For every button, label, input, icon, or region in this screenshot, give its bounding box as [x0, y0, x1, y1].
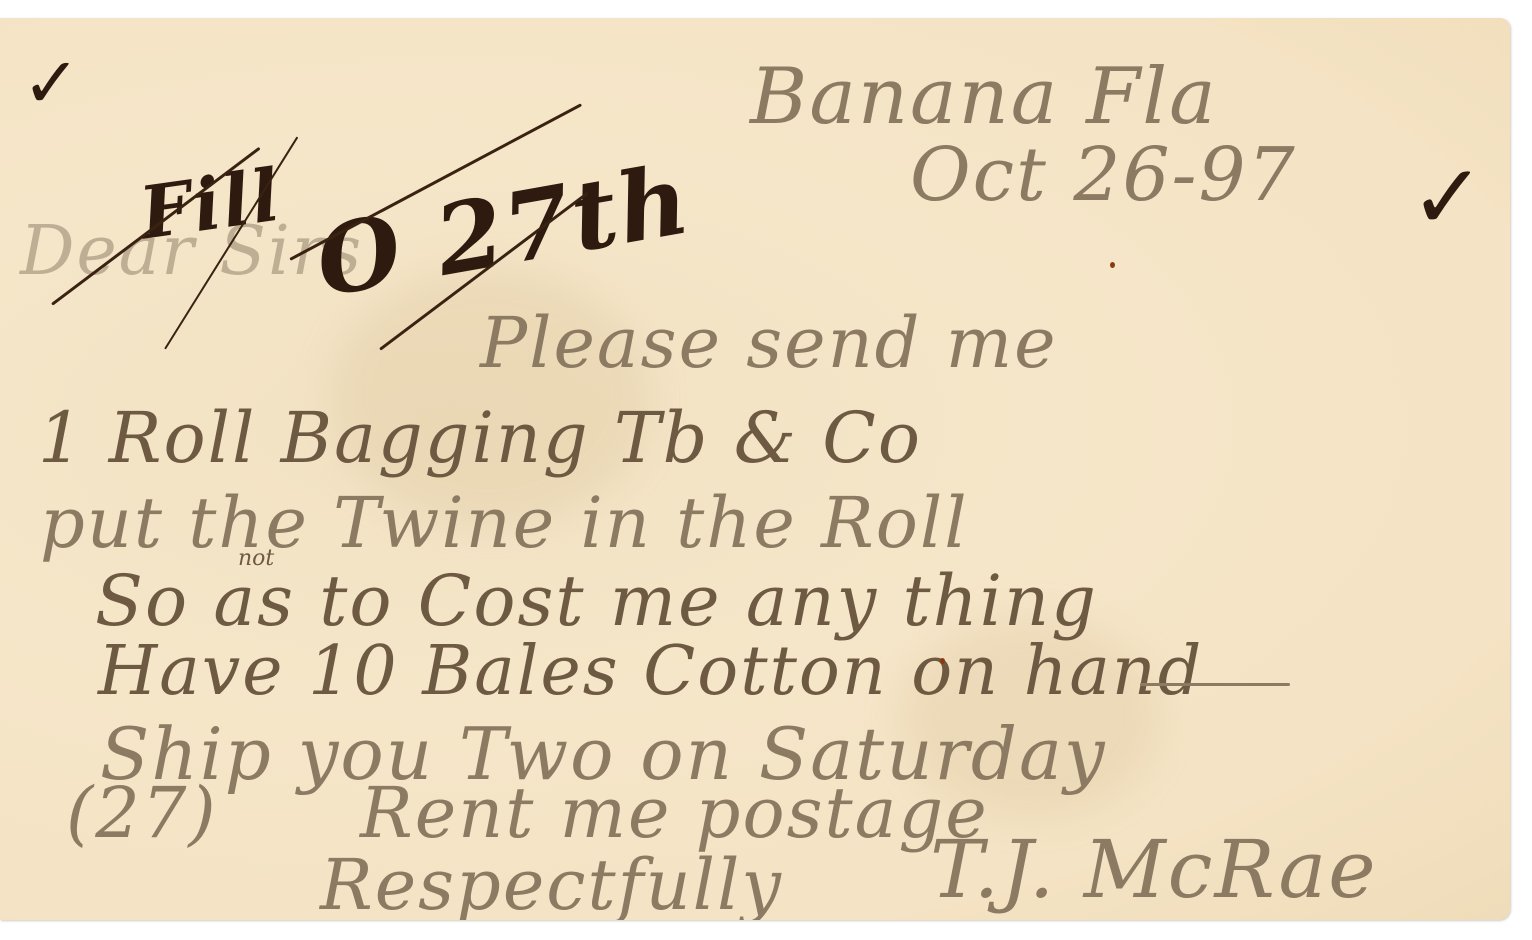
valediction: Respectfully: [320, 850, 783, 920]
signature: T.J. McRae: [930, 830, 1378, 910]
body-line-5: Have 10 Bales Cotton on hand: [98, 638, 1203, 706]
body-line-2: 1 Roll Bagging Tb & Co: [38, 403, 922, 473]
margin-note: (27): [66, 778, 218, 848]
body-line-1: Please send me: [480, 308, 1058, 378]
body-line-7: Rent me postage: [360, 778, 989, 848]
date-heading: Oct 26-97: [910, 138, 1297, 212]
ink-spot: [1110, 262, 1115, 268]
page: ✓ ✓ Banana Fla Oct 26-97 Dear Sirs Fill …: [0, 0, 1532, 940]
body-line-4: So as to Cost me any thing: [95, 566, 1098, 636]
body-line-3: put the Twine in the Roll: [40, 488, 969, 558]
filled-date-annotation: O 27th: [310, 151, 698, 311]
underline-mark: [1140, 683, 1290, 686]
ink-spot: [940, 658, 945, 664]
fill-annotation: Fill: [136, 159, 286, 250]
place-heading: Banana Fla: [750, 58, 1218, 136]
postcard: ✓ ✓ Banana Fla Oct 26-97 Dear Sirs Fill …: [0, 18, 1510, 920]
check-mark-icon: ✓: [1410, 153, 1485, 243]
check-mark-icon: ✓: [22, 48, 81, 118]
